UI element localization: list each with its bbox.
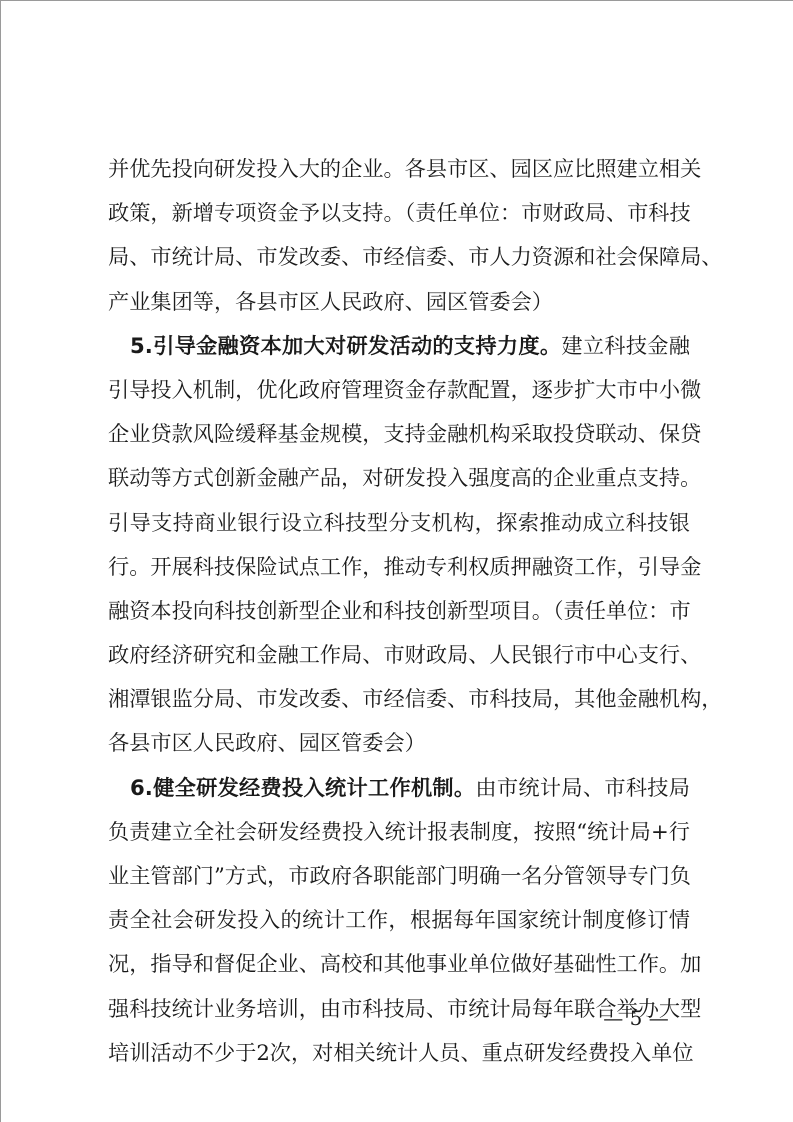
- text-line: 政府经济研究和金融工作局、市财政局、人民银行市中心支行、: [108, 633, 690, 677]
- text-line: 产业集团等，各县市区人民政府、园区管委会）: [108, 280, 690, 324]
- text-line: 引导支持商业银行设立科技型分支机构，探索推动成立科技银: [108, 501, 690, 545]
- section-6-heading-line: 6.健全研发经费投入统计工作机制。由市统计局、市科技局: [108, 766, 690, 810]
- section-6-heading: 6.健全研发经费投入统计工作机制。: [130, 775, 475, 800]
- text-line: 湘潭银监分局、市发改委、市经信委、市科技局，其他金融机构，: [108, 677, 690, 721]
- text-line: 政策，新增专项资金予以支持。（责任单位：市财政局、市科技: [108, 191, 690, 235]
- text-line: 业主管部门”方式，市政府各职能部门明确一名分管领导专门负: [108, 854, 690, 898]
- text-line: 行。开展科技保险试点工作，推动专利权质押融资工作，引导金: [108, 545, 690, 589]
- text-run: 建立科技金融: [561, 333, 690, 358]
- section-5-heading-line: 5.引导金融资本加大对研发活动的支持力度。建立科技金融: [108, 324, 690, 368]
- text-line: 并优先投向研发投入大的企业。各县市区、园区应比照建立相关: [108, 147, 690, 191]
- text-line: 况，指导和督促企业、高校和其他事业单位做好基础性工作。加: [108, 942, 690, 986]
- text-line: 培训活动不少于2次，对相关统计人员、重点研发经费投入单位: [108, 1031, 690, 1075]
- text-run: 由市统计局、市科技局: [475, 775, 690, 800]
- text-line: 联动等方式创新金融产品，对研发投入强度高的企业重点支持。: [108, 456, 690, 500]
- text-line: 企业贷款风险缓释基金规模，支持金融机构采取投贷联动、保贷: [108, 412, 690, 456]
- text-line: 融资本投向科技创新型企业和科技创新型项目。（责任单位：市: [108, 589, 690, 633]
- text-line: 各县市区人民政府、园区管委会）: [108, 721, 690, 765]
- document-page: 并优先投向研发投入大的企业。各县市区、园区应比照建立相关 政策，新增专项资金予以…: [0, 0, 793, 1122]
- text-line: 引导投入机制，优化政府管理资金存款配置，逐步扩大市中小微: [108, 368, 690, 412]
- document-body: 并优先投向研发投入大的企业。各县市区、园区应比照建立相关 政策，新增专项资金予以…: [108, 147, 690, 1075]
- text-line: 局、市统计局、市发改委、市经信委、市人力资源和社会保障局、: [108, 235, 690, 279]
- text-line: 责全社会研发投入的统计工作，根据每年国家统计制度修订情: [108, 898, 690, 942]
- text-line: 负责建立全社会研发经费投入统计报表制度，按照“统计局+行: [108, 810, 690, 854]
- page-number: — 5 —: [601, 1006, 671, 1030]
- section-5-heading: 5.引导金融资本加大对研发活动的支持力度。: [130, 333, 561, 358]
